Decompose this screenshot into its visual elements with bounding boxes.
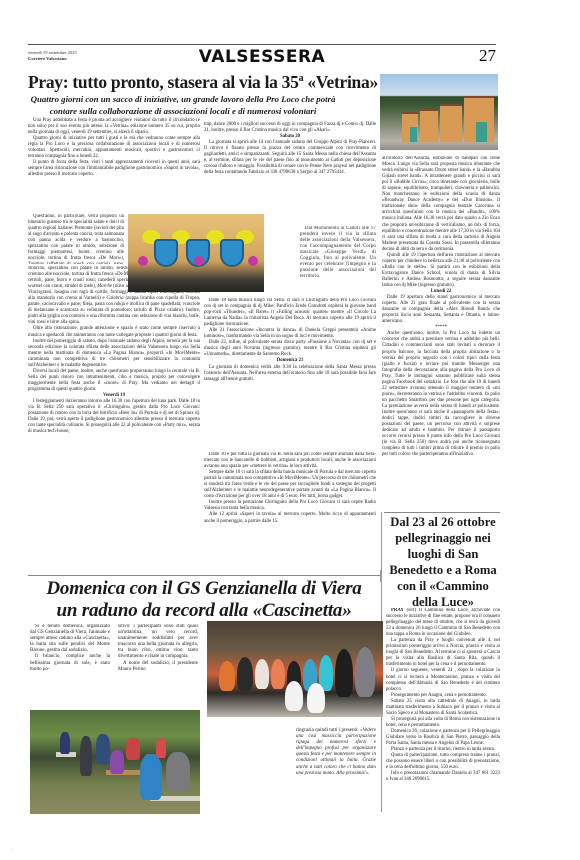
paragraph: Diversi locali del paese, inoltre, anche…: [28, 369, 200, 393]
paragraph: Il punto di forza della festa, visti i t…: [28, 160, 200, 178]
headline-line: Domenica con il GS Genzianella di Viera: [28, 578, 380, 600]
article-column-2-lower: Dalle 18 tanta musica lungo via Sella: c…: [204, 298, 376, 458]
person-shape: [237, 657, 253, 691]
paragraph: A nome del sodalizio, il presidente Maur…: [118, 661, 198, 673]
byline: (ss/t): [407, 608, 417, 613]
quote-text: «Vedere una così massiccia partecipazion…: [296, 728, 376, 776]
person-shape: [126, 738, 140, 760]
paragraph: Si è tenuto domenica, organizzato dal GS…: [30, 624, 110, 654]
paragraph: Il bilancio, complice anche la bellissim…: [30, 654, 110, 672]
article2-column-2: sitivo: i partecipanti sono stati quasi …: [118, 624, 198, 708]
paragraph: Dalle 18 tanta musica lungo via Sella: c…: [204, 298, 376, 328]
building-photo: [380, 74, 498, 150]
article-column-1-menu: stoncino, spezzatino con patate in umido…: [28, 266, 200, 452]
house-shape: [440, 104, 462, 142]
paragraph: Dalle 19 apertura dello stand gastronomi…: [382, 295, 500, 325]
article3-headline: Dal 23 al 26 ottobre pellegrinaggio nei …: [386, 514, 500, 610]
article-column-3: all'oratorio dell'Assunta, esibizione di…: [382, 156, 500, 510]
page-number: 27: [479, 46, 496, 66]
paragraph: trap, dance 2000 e i migliori successi d…: [204, 122, 376, 134]
page-mark: ': [12, 848, 13, 853]
flower-decoration: [248, 256, 258, 266]
paragraph: Oltre alla ristorazione, grande attenzio…: [28, 326, 200, 338]
paragraph: Info e prenotazioni chiamando Daniela al…: [386, 771, 500, 783]
paragraph: Alle 12 aprirà «Sapori in tavola» al mer…: [204, 512, 376, 524]
paragraph: all'oratorio dell'Assunta, esibizione di…: [382, 156, 500, 253]
paragraph-text: Il Cammino della Luce, archiviate con su…: [386, 608, 500, 637]
article-column-1-narrow: Quest'anno, in particolare, verrà propos…: [28, 214, 124, 264]
balcony-photo: [128, 214, 264, 292]
flower-decoration: [138, 256, 148, 266]
person-shape: [156, 738, 166, 758]
person-shape: [335, 649, 353, 697]
paragraph: sitivo: i partecipanti sono stati quasi …: [118, 624, 198, 661]
paragraph: I festeggiamenti inizieranno intorno all…: [28, 399, 200, 435]
person-shape: [271, 659, 285, 689]
paragraph: Inoltre presso la postazione Chiringuito…: [204, 500, 376, 512]
person-shape: [80, 736, 92, 776]
paragraph: Quattro giorni di iniziative per tutti i…: [28, 136, 200, 160]
paragraph: La giornata si aprirà alle 14 con l'annu…: [204, 140, 376, 176]
paragraph: La giornata di domenica vedrà alle 9.30 …: [204, 365, 376, 383]
article2-headline: Domenica con il GS Genzianella di Viera …: [28, 578, 380, 622]
paragraph: Proseguimento per Anagni, cena e pernott…: [386, 693, 500, 699]
banner-shield: [220, 239, 244, 267]
headline-text: Pray: tutto pronto, stasera al via la 35: [28, 72, 299, 92]
paragraph: Quest'anno, in particolare, verrà propos…: [28, 214, 124, 264]
article2-column-1: Si è tenuto domenica, organizzato dal GS…: [30, 624, 110, 708]
paragraph: ringrazia quindi tutti i presenti: «Vede…: [296, 728, 376, 777]
article-headline: Pray: tutto pronto, stasera al via la 35…: [28, 72, 338, 93]
house-shape: [420, 109, 438, 142]
person-shape: [140, 754, 162, 800]
paragraph: Domenica 26, colazione e partenza per il…: [386, 729, 500, 747]
paragraph: Una Pray addobbata a festa è pronta ad a…: [28, 118, 200, 136]
door-shape: [476, 122, 487, 142]
paragraph: Quota di partecipazione, tutto compreso …: [386, 753, 500, 771]
paragraph: Inoltre nel pomeriggio di sabato, dopo l…: [28, 339, 200, 369]
headline-text-end: «Vetrina»: [303, 72, 378, 92]
paragraph: PRAY (ss/t) Il Cammino della Luce, archi…: [386, 608, 500, 638]
door-shape: [410, 127, 417, 142]
article-column-2-narrow: Dal Monumento ai Caduti alle 17 prenderà…: [300, 226, 376, 298]
picnic-photo: [30, 710, 200, 814]
person-shape: [255, 659, 269, 689]
headline-line: un raduno da record alla «Cascinetta»: [28, 600, 380, 622]
article3-body: PRAY (ss/t) Il Cammino della Luce, archi…: [386, 608, 500, 808]
article-subheadline: Quattro giorni con un sacco di iniziativ…: [28, 94, 338, 117]
flower-decoration: [194, 256, 204, 266]
quote-intro: ringrazia quindi tutti i presenti:: [296, 728, 360, 733]
page-header: venerdì 19 settembre 2025 Corriere Valse…: [28, 44, 496, 66]
person-shape: [166, 752, 190, 792]
article-column-2: trap, dance 2000 e i migliori successi d…: [204, 122, 376, 176]
divider: [384, 512, 500, 513]
person-shape: [307, 683, 325, 713]
person-shape: [110, 750, 124, 774]
paragraph: La partenza da Pray e luoghi convenuti a…: [386, 638, 500, 668]
divider: [380, 570, 381, 582]
person-shape: [219, 661, 235, 691]
paragraph: Sempre dalle 10 ci sarà la sfilata della…: [204, 470, 376, 500]
paragraph: Dalle 10 e per tutta la giornata via B. …: [204, 452, 376, 470]
person-shape: [285, 681, 303, 711]
section-title: VALSESSERA: [28, 47, 496, 67]
article-column-1: Una Pray addobbata a festa è pronta ad a…: [28, 118, 200, 178]
person-shape: [355, 647, 375, 697]
paragraph: Alle 21 l'associazione «Incontra la danz…: [204, 328, 376, 340]
dateline: PRAY: [391, 608, 404, 613]
banner-shield: [154, 239, 178, 267]
paragraph: Anche quest'anno, inoltre, la Pro Loco h…: [382, 331, 500, 458]
person-shape: [96, 734, 110, 764]
divider: [28, 575, 380, 576]
paragraph: Dal Monumento ai Caduti alle 17 prenderà…: [300, 226, 376, 280]
paragraph: Si proseguirà poi alla volta di Roma con…: [386, 717, 500, 729]
paragraph: Il giorno seguente, venerdì 24 , dopo la…: [386, 668, 500, 692]
group-photo: [207, 621, 383, 717]
paragraph: Quindi alle 19 l'apertura dell'area rist…: [382, 253, 500, 289]
person-shape: [60, 732, 70, 754]
paragraph: Dalle 22, infine, al polivalente serata …: [204, 340, 376, 358]
article2-column-3: ringrazia quindi tutti i presenti: «Vede…: [296, 728, 376, 777]
paragraph: Sabato 25 visita alla cattedrale di Anag…: [386, 699, 500, 717]
article-column-2-bottom: Dalle 10 e per tutta la giornata via B. …: [204, 452, 376, 570]
